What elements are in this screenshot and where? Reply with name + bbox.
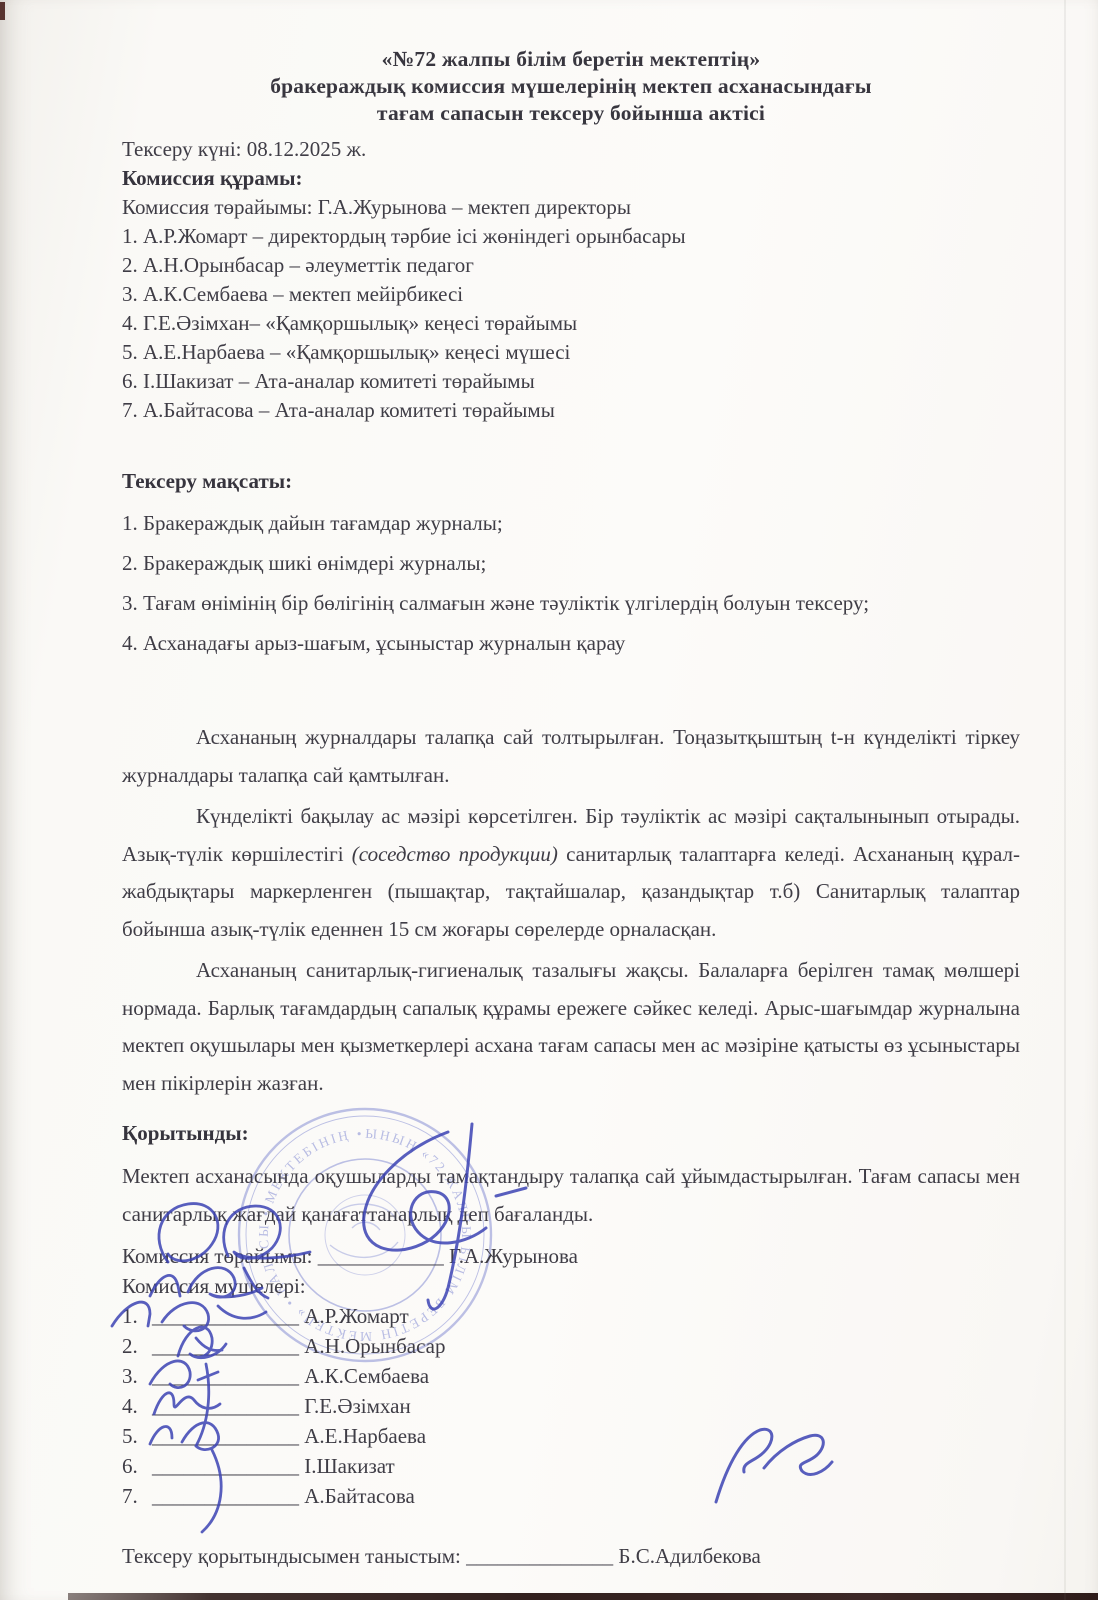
- signature-row-num: 1.: [122, 1301, 152, 1331]
- signature-row-3: 3.______________ А.К.Сембаева: [122, 1361, 1020, 1391]
- member-item: 5. А.Е.Нарбаева – «Қамқоршылық» кеңесі м…: [122, 338, 1020, 367]
- document-content: «№72 жалпы білім беретін мектептің» брак…: [0, 0, 1098, 1571]
- signature-row-num: 3.: [122, 1361, 152, 1391]
- acknowledgement-row: Тексеру қорытындысымен таныстым: _______…: [122, 1541, 1020, 1571]
- purpose-item: 2. Бракераждық шикі өнімдері журналы;: [122, 543, 1020, 583]
- signature-blank: ______________: [152, 1334, 299, 1358]
- signature-row-num: 4.: [122, 1391, 152, 1421]
- signature-row-num: 2.: [122, 1331, 152, 1361]
- signature-row-4: 4.______________ Г.Е.Әзімхан: [122, 1391, 1020, 1421]
- signature-row-7: 7.______________ А.Байтасова: [122, 1481, 1020, 1511]
- inspection-date-line: Тексеру күні: 08.12.2025 ж.: [122, 135, 1020, 164]
- findings-paragraph-2-italic: (соседство продукции): [352, 842, 558, 866]
- scan-vertical-line-artifact: [1064, 0, 1066, 1600]
- signature-blank: ______________: [152, 1424, 299, 1448]
- title-line-1: «№72 жалпы білім беретін мектептің»: [122, 46, 1020, 73]
- chair-signature-label: Комиссия төрайымы:: [122, 1244, 312, 1268]
- findings-paragraph-2: Күнделікті бақылау ас мәзірі көрсетілген…: [122, 798, 1020, 948]
- signature-name: А.Е.Нарбаева: [304, 1424, 426, 1448]
- title-line-2: бракераждық комиссия мүшелерінің мектеп …: [122, 73, 1020, 100]
- member-item: 6. І.Шакизат – Ата-аналар комитеті төрай…: [122, 367, 1020, 396]
- signature-blank: ______________: [152, 1454, 299, 1478]
- signature-blank: ______________: [152, 1484, 299, 1508]
- signature-name: Г.Е.Әзімхан: [304, 1394, 410, 1418]
- chair-signature-row: Комиссия төрайымы: ____________ Г.А.Журы…: [122, 1241, 1020, 1271]
- purpose-heading: Тексеру мақсаты:: [122, 469, 1020, 494]
- signature-blank: ______________: [152, 1364, 299, 1388]
- signature-block: Комиссия төрайымы: ____________ Г.А.Журы…: [122, 1241, 1020, 1571]
- purpose-item: 4. Асханадағы арыз-шағым, ұсыныстар журн…: [122, 623, 1020, 663]
- commission-chair-line: Комиссия төрайымы: Г.А.Журынова – мектеп…: [122, 193, 1020, 222]
- signature-name: І.Шакизат: [304, 1454, 394, 1478]
- signature-name: А.Байтасова: [304, 1484, 415, 1508]
- acknowledgement-name: Б.С.Адилбекова: [618, 1544, 760, 1568]
- signature-row-num: 5.: [122, 1421, 152, 1451]
- member-item: 3. А.К.Сембаева – мектеп мейірбикесі: [122, 280, 1020, 309]
- signature-row-6: 6.______________ І.Шакизат: [122, 1451, 1020, 1481]
- member-item: 4. Г.Е.Әзімхан– «Қамқоршылық» кеңесі төр…: [122, 309, 1020, 338]
- purpose-item: 1. Бракераждық дайын тағамдар журналы;: [122, 503, 1020, 543]
- conclusion-text: Мектеп асханасында оқушыларды тамақтанды…: [122, 1158, 1020, 1233]
- title-line-3: тағам сапасын тексеру бойынша актісі: [122, 100, 1020, 127]
- members-signature-label: Комиссия мүшелері:: [122, 1271, 1020, 1301]
- chair-signature-blank: ____________: [318, 1244, 444, 1268]
- member-item: 7. А.Байтасова – Ата-аналар комитеті төр…: [122, 396, 1020, 425]
- conclusion-heading: Қорытынды:: [122, 1118, 1020, 1148]
- signature-name: А.Н.Орынбасар: [304, 1334, 445, 1358]
- member-item: 2. А.Н.Орынбасар – әлеуметтік педагог: [122, 251, 1020, 280]
- signature-blank: ______________: [152, 1304, 299, 1328]
- signature-row-num: 7.: [122, 1481, 152, 1511]
- commission-member-list: 1. А.Р.Жомарт – директордың тәрбие ісі ж…: [122, 222, 1020, 425]
- signature-row-1: 1.______________ А.Р.Жомарт: [122, 1301, 1020, 1331]
- findings-paragraph-1: Асхананың журналдары талапқа сай толтыры…: [122, 719, 1020, 794]
- chair-signature-name: Г.А.Журынова: [449, 1244, 578, 1268]
- signature-row-2: 2.______________ А.Н.Орынбасар: [122, 1331, 1020, 1361]
- member-item: 1. А.Р.Жомарт – директордың тәрбие ісі ж…: [122, 222, 1020, 251]
- scan-bottom-edge-artifact: [68, 1593, 1098, 1600]
- findings-section: Асхананың журналдары талапқа сай толтыры…: [122, 719, 1020, 1102]
- acknowledgement-blank: ______________: [466, 1544, 613, 1568]
- purpose-item: 3. Тағам өнімінің бір бөлігінің салмағын…: [122, 583, 1020, 623]
- scanned-document-page: ЫНЫҢ «72 ЖАЛПЫ БІЛІМ БЕРЕТІН МЕКТЕП» • Қ…: [0, 0, 1098, 1600]
- findings-paragraph-3: Асхананың санитарлық-гигиеналық тазалығы…: [122, 952, 1020, 1102]
- purpose-list: 1. Бракераждық дайын тағамдар журналы; 2…: [122, 503, 1020, 663]
- signature-name: А.Р.Жомарт: [304, 1304, 408, 1328]
- signature-row-num: 6.: [122, 1451, 152, 1481]
- signature-row-5: 5.______________ А.Е.Нарбаева: [122, 1421, 1020, 1451]
- commission-heading: Комиссия құрамы:: [122, 164, 1020, 193]
- signature-name: А.К.Сембаева: [304, 1364, 429, 1388]
- document-title: «№72 жалпы білім беретін мектептің» брак…: [122, 46, 1020, 127]
- scan-corner-artifact: [0, 2, 5, 20]
- acknowledgement-label: Тексеру қорытындысымен таныстым:: [122, 1544, 461, 1568]
- signature-blank: ______________: [152, 1394, 299, 1418]
